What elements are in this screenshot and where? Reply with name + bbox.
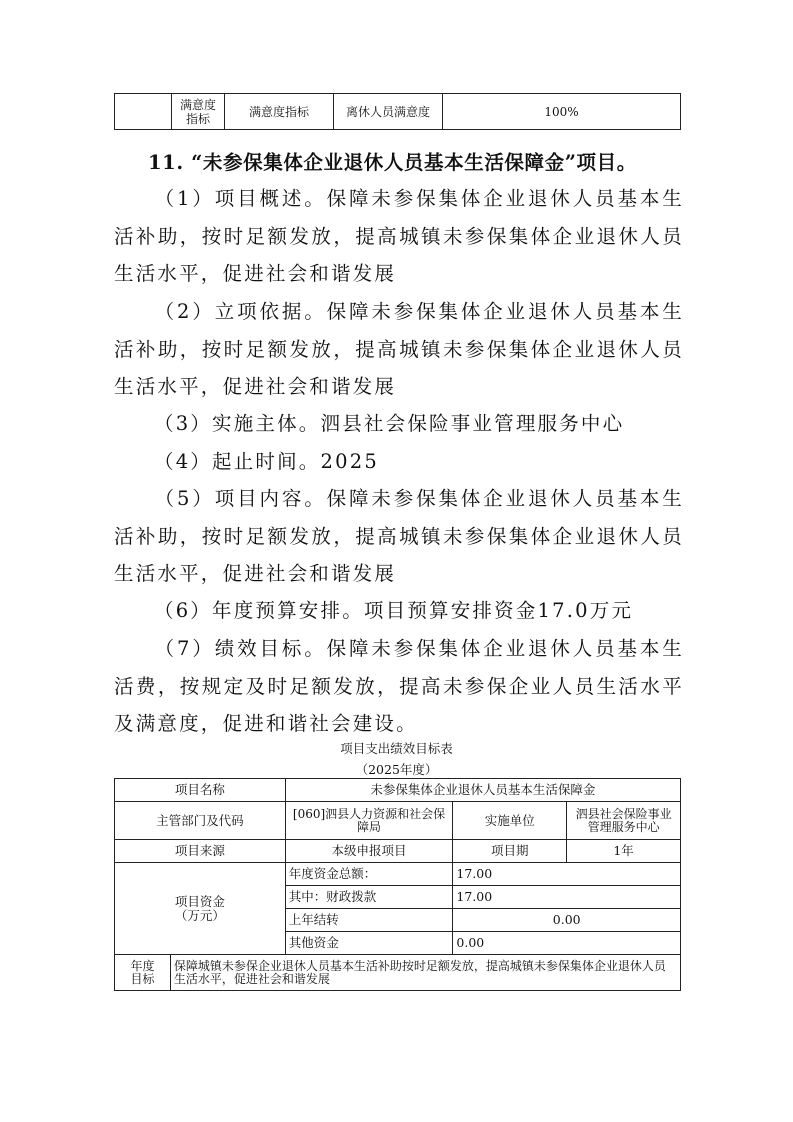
paragraph-label: （4）起止时间。 [154, 450, 321, 473]
paragraph-implementer: （3）实施主体。泗县社会保险事业管理服务中心 [114, 405, 684, 443]
funds-item-value: 0.00 [453, 909, 681, 932]
table-row: 满意度 指标 满意度指标 离休人员满意度 100% [115, 94, 681, 130]
funds-item-label: 其他资金 [285, 932, 453, 955]
performance-target-table: 项目名称 未参保集体企业退休人员基本生活保障金 主管部门及代码 [060]泗县人… [114, 778, 681, 991]
table-cell-category: 满意度 指标 [172, 94, 225, 130]
funds-item-value: 0.00 [453, 932, 681, 955]
annual-goal-label-line2: 目标 [118, 973, 167, 986]
table-row-annual-goal: 年度 目标 保障城镇未参保企业退休人员基本生活补助按时足额发放，提高城镇未参保集… [115, 955, 681, 991]
table-row-department: 主管部门及代码 [060]泗县人力资源和社会保障局 实施单位 泗县社会保险事业管… [115, 802, 681, 840]
paragraph-goal: （7）绩效目标。保障未参保集体企业退休人员基本生活费，按规定及时足额发放，提高未… [114, 630, 684, 743]
paragraph-label: （2）立项依据。 [154, 300, 327, 323]
category-line2: 指标 [175, 112, 221, 126]
paragraph-overview: （1）项目概述。保障未参保集体企业退休人员基本生活补助，按时足额发放，提高城镇未… [114, 180, 684, 293]
table-title: 项目支出绩效目标表 [0, 739, 793, 757]
funds-label-line1: 项目资金 [118, 895, 282, 909]
paragraph-label: （3）实施主体。 [154, 412, 321, 435]
funds-item-label: 其中：财政拨款 [285, 886, 453, 909]
table-cell-value: 100% [443, 94, 681, 130]
table-row-funds-total: 项目资金 （万元） 年度资金总额： 17.00 [115, 863, 681, 886]
project-name-value: 未参保集体企业退休人员基本生活保障金 [285, 779, 680, 802]
table-row-source: 项目来源 本级申报项目 项目期 1年 [115, 840, 681, 863]
paragraph-text: 泗县社会保险事业管理服务中心 [321, 412, 625, 435]
table-subtitle: （2025年度） [0, 760, 793, 778]
funds-item-value: 17.00 [453, 886, 681, 909]
funds-label-line2: （万元） [118, 909, 282, 923]
paragraph-label: （7）绩效目标。 [154, 637, 327, 660]
paragraph-budget: （6）年度预算安排。项目预算安排资金17.0万元 [114, 592, 684, 630]
paragraph-label: （5）项目内容。 [154, 487, 327, 510]
paragraph-text: 项目预算安排资金17.0万元 [364, 599, 633, 622]
section-heading: 11. “未参保集体企业退休人员基本生活保障金”项目。 [148, 147, 637, 175]
annual-goal-label-line1: 年度 [118, 960, 167, 973]
paragraph-basis: （2）立项依据。保障未参保集体企业退休人员基本生活补助，按时足额发放，提高城镇未… [114, 293, 684, 406]
table-cell-indicator: 离休人员满意度 [334, 94, 443, 130]
paragraph-text: 2025 [321, 450, 379, 473]
table-cell-empty [115, 94, 172, 130]
table-row-project-name: 项目名称 未参保集体企业退休人员基本生活保障金 [115, 779, 681, 802]
source-value: 本级申报项目 [285, 840, 453, 863]
period-value: 1年 [567, 840, 681, 863]
category-line1: 满意度 [175, 98, 221, 112]
annual-goal-label: 年度 目标 [115, 955, 171, 991]
department-label: 主管部门及代码 [115, 802, 286, 840]
paragraph-label: （1）项目概述。 [154, 187, 327, 210]
funds-item-label: 年度资金总额： [285, 863, 453, 886]
project-name-label: 项目名称 [115, 779, 286, 802]
funds-item-label: 上年结转 [285, 909, 453, 932]
implementer-label: 实施单位 [453, 802, 567, 840]
satisfaction-indicator-table: 满意度 指标 满意度指标 离休人员满意度 100% [114, 93, 681, 130]
implementer-value: 泗县社会保险事业管理服务中心 [567, 802, 681, 840]
document-page: 满意度 指标 满意度指标 离休人员满意度 100% 11. “未参保集体企业退休… [0, 0, 793, 1122]
table-cell-subcategory: 满意度指标 [225, 94, 334, 130]
funds-item-value: 17.00 [453, 863, 681, 886]
paragraph-label: （6）年度预算安排。 [154, 599, 364, 622]
annual-goal-value: 保障城镇未参保企业退休人员基本生活补助按时足额发放，提高城镇未参保集体企业退休人… [170, 955, 680, 991]
source-label: 项目来源 [115, 840, 286, 863]
funds-label: 项目资金 （万元） [115, 863, 286, 955]
period-label: 项目期 [453, 840, 567, 863]
paragraph-content: （5）项目内容。保障未参保集体企业退休人员基本生活补助，按时足额发放，提高城镇未… [114, 480, 684, 593]
paragraph-period: （4）起止时间。2025 [114, 443, 684, 481]
department-value: [060]泗县人力资源和社会保障局 [285, 802, 453, 840]
